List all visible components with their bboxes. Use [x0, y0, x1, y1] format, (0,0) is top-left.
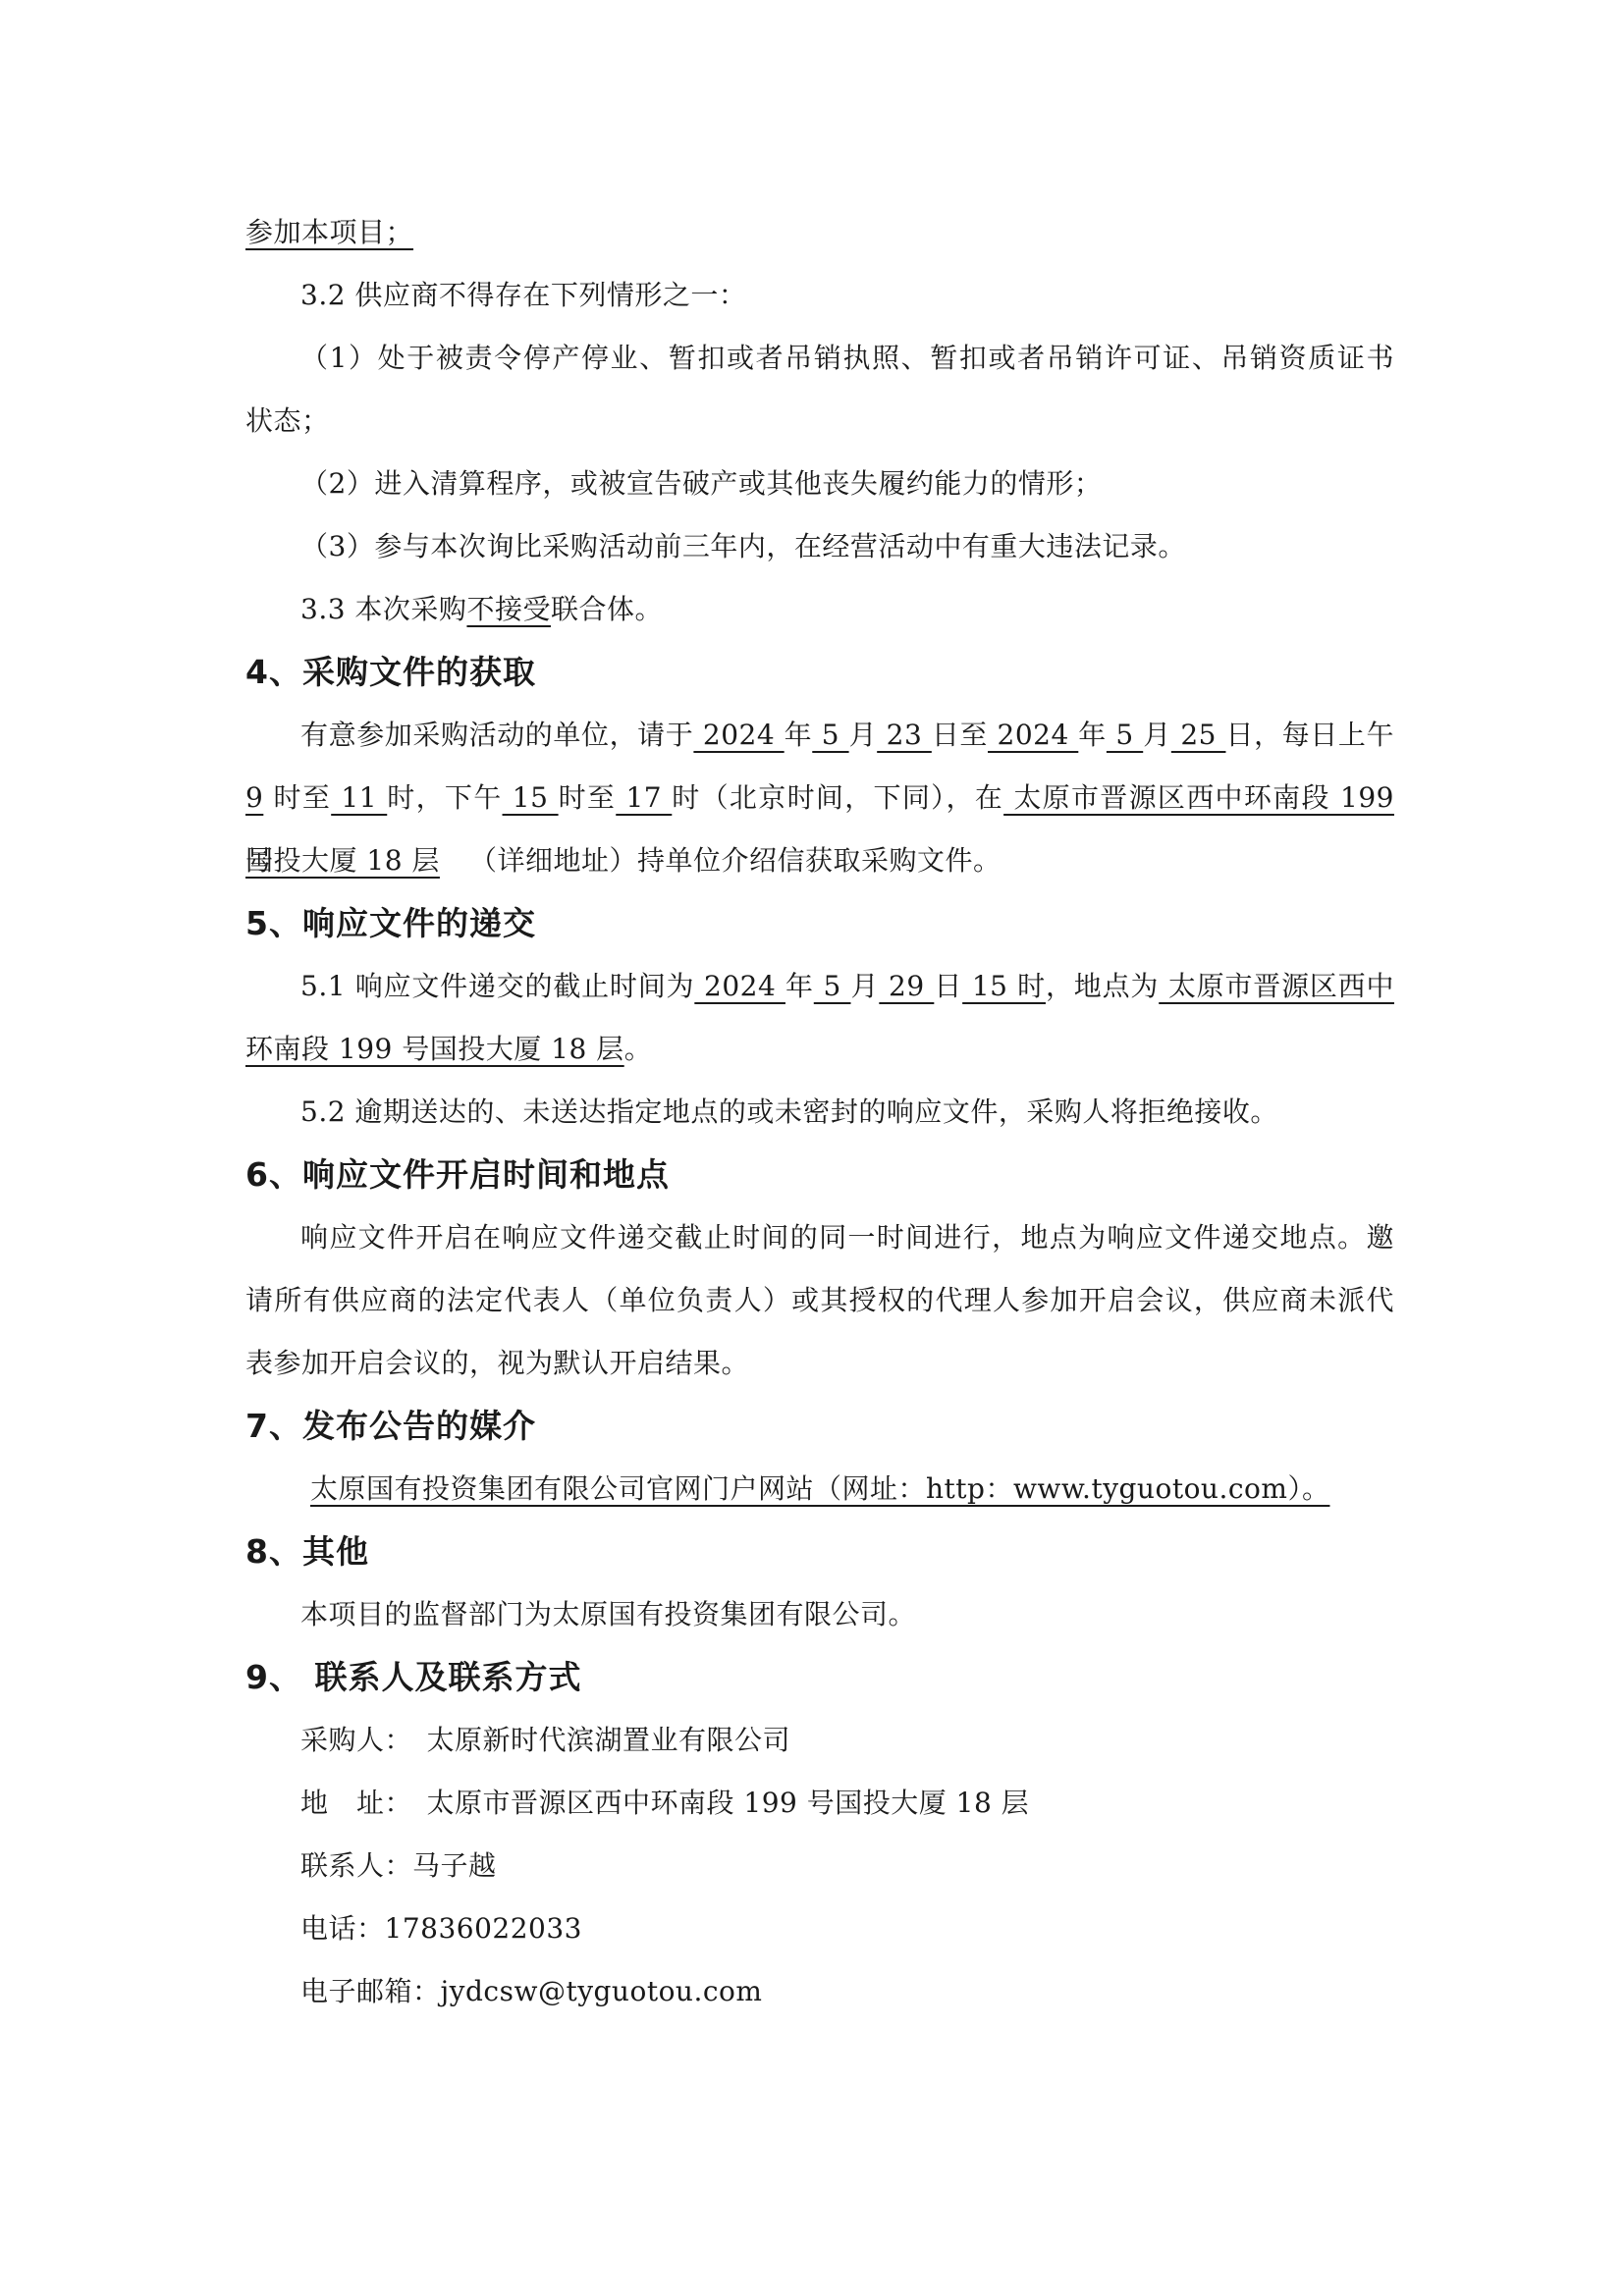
text-run: 时（北京时间，下同），在	[672, 781, 1003, 814]
heading-6-opening-time-place: 6、响应文件开启时间和地点	[245, 1144, 1394, 1206]
underlined-text-run: 5	[1107, 719, 1143, 751]
underlined-text-run: 11	[331, 781, 387, 814]
underlined-text-run: 17	[616, 781, 672, 814]
text-run: 月	[849, 719, 878, 751]
clause-3-2: 3.2 供应商不得存在下列情形之一：	[245, 264, 1394, 327]
text-run: 时，下午	[387, 781, 502, 814]
text-run: 地 址： 太原市晋源区西中环南段 199 号国投大厦 18 层	[300, 1787, 1029, 1819]
heading-9-contacts: 9、 联系人及联系方式	[245, 1646, 1394, 1709]
text-run: 3.2 供应商不得存在下列情形之一：	[300, 279, 746, 311]
contact-email-line: 电子邮箱：jydcsw@tyguotou.com	[245, 1960, 1394, 2023]
text-run: 时至	[559, 781, 617, 814]
underlined-text-run: 太原市晋源区西中	[1159, 970, 1394, 1002]
text-run: 7、发布公告的媒介	[245, 1407, 536, 1445]
underlined-text-run: 2024	[988, 719, 1078, 751]
text-run: 4、采购文件的获取	[245, 653, 536, 691]
text-run: （1）处于被责令停产停业、暂扣或者吊销执照、暂扣或者吊销许可证、吊销资质证书	[300, 342, 1394, 374]
text-run: 9、 联系人及联系方式	[245, 1658, 581, 1696]
heading-4-document-acquisition: 4、采购文件的获取	[245, 641, 1394, 704]
text-run: 时至	[263, 781, 331, 814]
document-page: 参加本项目；3.2 供应商不得存在下列情形之一：（1）处于被责令停产停业、暂扣或…	[0, 0, 1624, 2296]
clause-3-2-item-2: （2）进入清算程序，或被宣告破产或其他丧失履约能力的情形；	[245, 453, 1394, 515]
underlined-text-run: 9	[245, 781, 263, 814]
section-4-line-2: 9 时至 11 时，下午 15 时至 17 时（北京时间，下同），在 太原市晋源…	[245, 767, 1394, 829]
text-run: 响应文件开启在响应文件递交截止时间的同一时间进行，地点为响应文件递交地点。邀	[300, 1221, 1394, 1254]
text-run: 联合体。	[551, 593, 663, 625]
underlined-text-run: 2024	[694, 970, 785, 1002]
text-run: 日至	[932, 719, 988, 751]
text-run: 年	[1078, 719, 1107, 751]
text-run: 月	[851, 970, 880, 1002]
text-run: 5.2 逾期送达的、未送达指定地点的或未密封的响应文件，采购人将拒绝接收。	[300, 1095, 1278, 1128]
clause-3-3: 3.3 本次采购不接受联合体。	[245, 578, 1394, 641]
section-6-line-1: 响应文件开启在响应文件递交截止时间的同一时间进行，地点为响应文件递交地点。邀	[245, 1206, 1394, 1269]
text-run: 有意参加采购活动的单位，请于	[300, 719, 693, 751]
text-run: 。	[624, 1033, 653, 1065]
contact-person-line: 联系人：马子越	[245, 1835, 1394, 1897]
underlined-text-run: 5	[814, 970, 851, 1002]
text-run: 年	[785, 970, 814, 1002]
contact-address-line: 地 址： 太原市晋源区西中环南段 199 号国投大厦 18 层	[245, 1772, 1394, 1835]
text-run: 联系人：马子越	[300, 1849, 497, 1882]
document-content: 参加本项目；3.2 供应商不得存在下列情形之一：（1）处于被责令停产停业、暂扣或…	[0, 0, 1624, 2023]
section-6-line-2: 请所有供应商的法定代表人（单位负责人）或其授权的代理人参加开启会议，供应商未派代	[245, 1269, 1394, 1332]
clause-5-2: 5.2 逾期送达的、未送达指定地点的或未密封的响应文件，采购人将拒绝接收。	[245, 1081, 1394, 1144]
text-run: 电话：17836022033	[300, 1912, 582, 1945]
clause-3-2-item-1-line-1: （1）处于被责令停产停业、暂扣或者吊销执照、暂扣或者吊销许可证、吊销资质证书	[245, 327, 1394, 390]
text-run: 8、其他	[245, 1532, 369, 1571]
underlined-text-run: 5	[812, 719, 848, 751]
underlined-text-run: 太原国有投资集团有限公司官网门户网站（网址：http：www.tyguotou.…	[300, 1472, 1355, 1505]
underlined-text-run: 25	[1171, 719, 1226, 751]
contact-buyer-line: 采购人： 太原新时代滨湖置业有限公司	[245, 1709, 1394, 1772]
underlined-text-run: 国投大厦 18 层	[245, 844, 469, 877]
clause-3-2-item-3: （3）参与本次询比采购活动前三年内，在经营活动中有重大违法记录。	[245, 515, 1394, 578]
text-run: （详细地址）持单位介绍信获取采购文件。	[469, 844, 1001, 877]
underlined-text-run: 环南段 199 号国投大厦 18 层	[245, 1033, 624, 1065]
underlined-text-run: 23	[877, 719, 932, 751]
text-run: 表参加开启会议的，视为默认开启结果。	[245, 1347, 749, 1379]
text-run: 采购人： 太原新时代滨湖置业有限公司	[300, 1724, 790, 1756]
text-run: 本项目的监督部门为太原国有投资集团有限公司。	[300, 1598, 916, 1630]
underlined-text-run: 15	[503, 781, 559, 814]
underlined-text-run: 2024	[693, 719, 784, 751]
text-run: ，地点为	[1046, 970, 1159, 1002]
contact-phone-line: 电话：17836022033	[245, 1897, 1394, 1960]
clause-5-1-line-1: 5.1 响应文件递交的截止时间为 2024 年 5 月 29 日 15 时，地点…	[245, 955, 1394, 1018]
section-6-line-3: 表参加开启会议的，视为默认开启结果。	[245, 1332, 1394, 1395]
underlined-text-run: 29	[879, 970, 934, 1002]
clause-5-1-line-2: 环南段 199 号国投大厦 18 层。	[245, 1018, 1394, 1081]
text-run: 电子邮箱：jydcsw@tyguotou.com	[300, 1975, 762, 2007]
heading-5-response-submission: 5、响应文件的递交	[245, 892, 1394, 955]
section-8-line: 本项目的监督部门为太原国有投资集团有限公司。	[245, 1583, 1394, 1646]
section-4-line-3: 国投大厦 18 层（详细地址）持单位介绍信获取采购文件。	[245, 829, 1394, 892]
underlined-text-run: 不接受	[466, 593, 551, 625]
text-run: 6、响应文件开启时间和地点	[245, 1155, 670, 1194]
heading-8-other: 8、其他	[245, 1521, 1394, 1583]
text-run: 日，每日上午	[1225, 719, 1394, 751]
text-run: 5.1 响应文件递交的截止时间为	[300, 970, 694, 1002]
underlined-text-run: 参加本项目；	[245, 216, 443, 248]
text-run: 5、响应文件的递交	[245, 904, 536, 942]
heading-7-announcement-media: 7、发布公告的媒介	[245, 1395, 1394, 1458]
text-run: （3）参与本次询比采购活动前三年内，在经营活动中有重大违法记录。	[300, 530, 1186, 562]
clause-3-2-item-1-line-2: 状态；	[245, 390, 1394, 453]
continuation-participate-line: 参加本项目；	[245, 201, 1394, 264]
section-4-line-1: 有意参加采购活动的单位，请于 2024 年 5 月 23 日至 2024 年 5…	[245, 704, 1394, 767]
text-run: （2）进入清算程序，或被宣告破产或其他丧失履约能力的情形；	[300, 467, 1102, 500]
text-run: 3.3 本次采购	[300, 593, 466, 625]
text-run: 年	[785, 719, 813, 751]
text-run: 请所有供应商的法定代表人（单位负责人）或其授权的代理人参加开启会议，供应商未派代	[245, 1284, 1394, 1316]
text-run: 状态；	[245, 404, 330, 437]
underlined-text-run: 15 时	[962, 970, 1046, 1002]
text-run: 日	[934, 970, 962, 1002]
section-7-media-line: 太原国有投资集团有限公司官网门户网站（网址：http：www.tyguotou.…	[245, 1458, 1394, 1521]
text-run: 月	[1143, 719, 1171, 751]
